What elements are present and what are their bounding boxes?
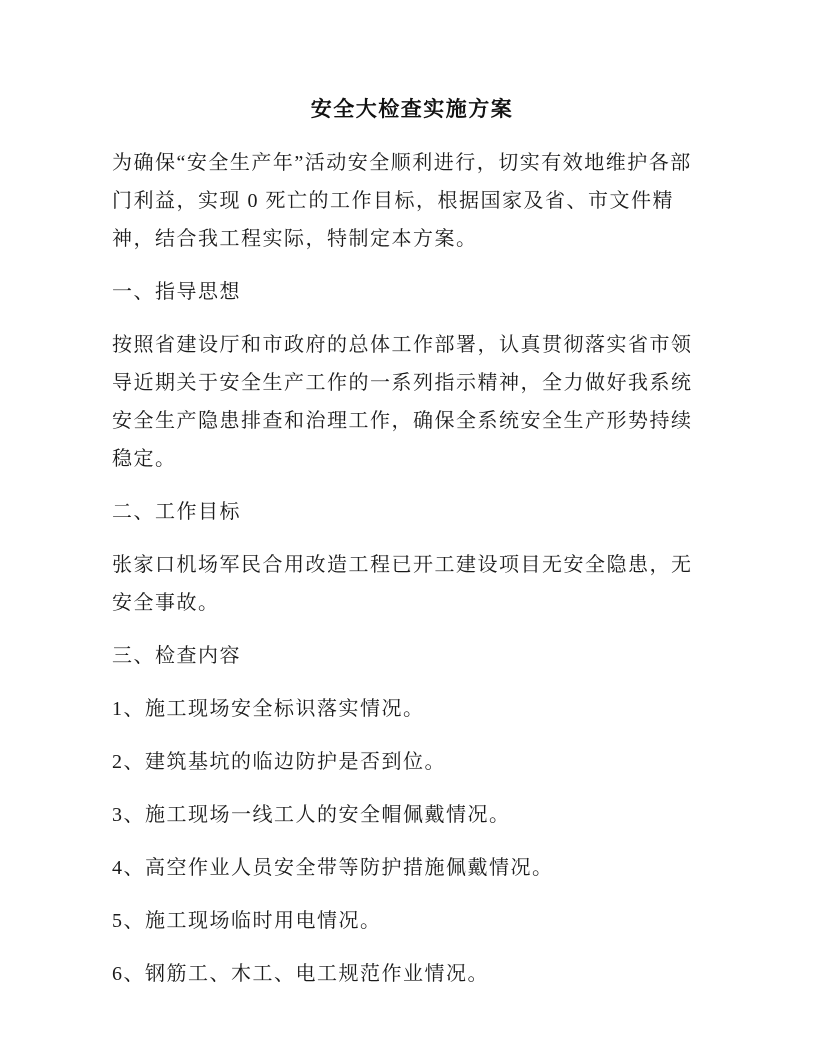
inspection-item-2: 2、建筑基坑的临边防护是否到位。 bbox=[112, 743, 712, 781]
section-heading-work-goal: 二、工作目标 bbox=[112, 493, 712, 531]
intro-paragraph: 为确保“安全生产年”活动安全顺利进行，切实有效地维护各部门利益，实现 0 死亡的… bbox=[112, 144, 712, 258]
inspection-item-5: 5、施工现场临时用电情况。 bbox=[112, 902, 712, 940]
document-page: 安全大检查实施方案 为确保“安全生产年”活动安全顺利进行，切实有效地维护各部门利… bbox=[0, 0, 816, 1056]
section-heading-guiding-ideology: 一、指导思想 bbox=[112, 273, 712, 311]
paragraph-work-goal: 张家口机场军民合用改造工程已开工建设项目无安全隐患，无安全事故。 bbox=[112, 546, 712, 622]
inspection-item-4: 4、高空作业人员安全带等防护措施佩戴情况。 bbox=[112, 849, 712, 887]
inspection-item-3: 3、施工现场一线工人的安全帽佩戴情况。 bbox=[112, 796, 712, 834]
paragraph-guiding-ideology: 按照省建设厅和市政府的总体工作部署，认真贯彻落实省市领导近期关于安全生产工作的一… bbox=[112, 326, 712, 478]
section-heading-inspection-content: 三、检查内容 bbox=[112, 637, 712, 675]
document-title: 安全大检查实施方案 bbox=[112, 90, 712, 128]
inspection-item-6: 6、钢筋工、木工、电工规范作业情况。 bbox=[112, 955, 712, 993]
inspection-item-1: 1、施工现场安全标识落实情况。 bbox=[112, 690, 712, 728]
